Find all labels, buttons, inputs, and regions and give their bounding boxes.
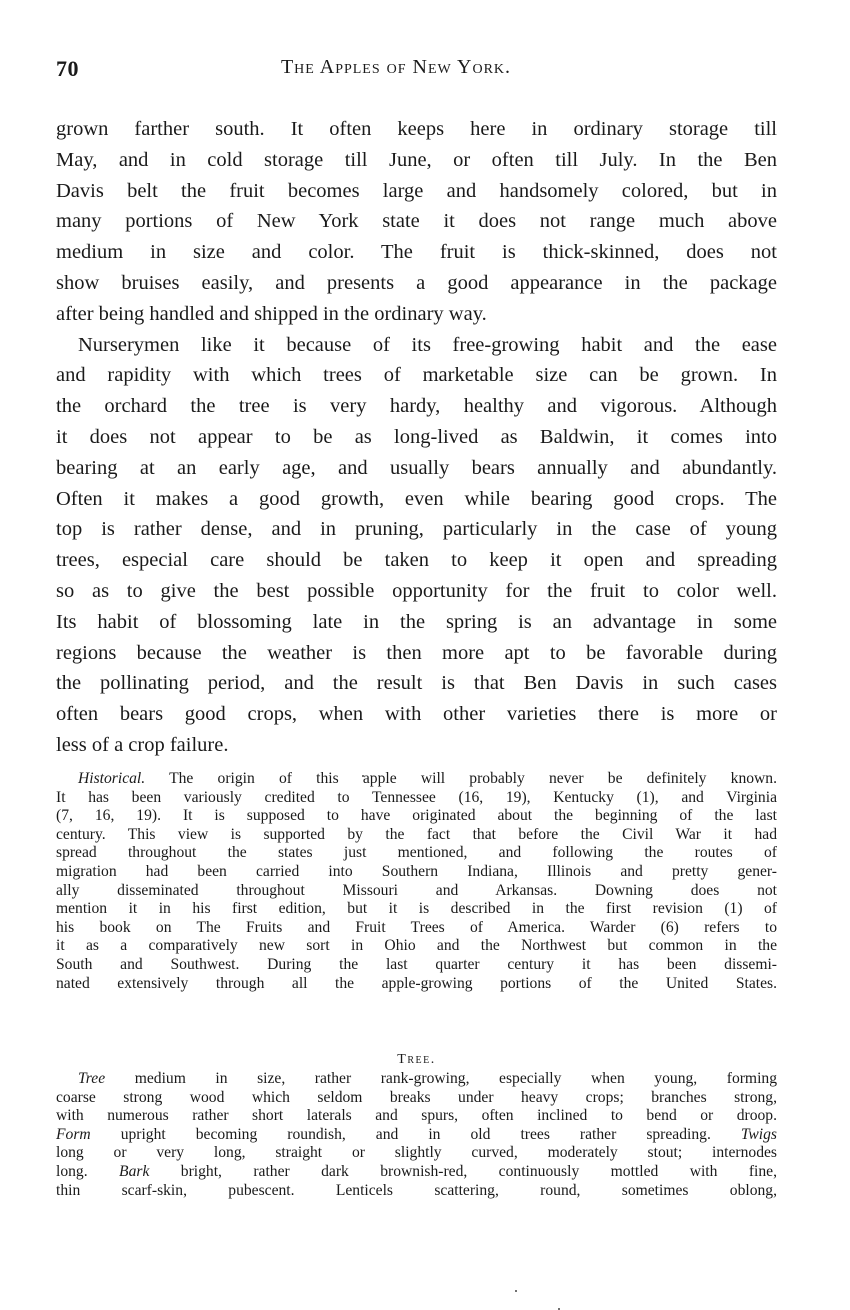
body-line: Davis belt the fruit becomes large and h… (56, 176, 777, 207)
tree-line-text: long. (56, 1163, 119, 1180)
body-line: after being handled and shipped in the o… (56, 299, 777, 330)
body-line: grown farther south. It often keeps here… (56, 114, 777, 145)
body-line: Its habit of blossoming late in the spri… (56, 607, 777, 638)
tree-line-text: bright, rather dark brownish-red, contin… (149, 1163, 777, 1180)
tree-line: long or very long, straight or slightly … (56, 1144, 777, 1163)
term-form: Form (56, 1126, 91, 1143)
historical-line: his book on The Fruits and Fruit Trees o… (56, 919, 777, 938)
body-line: less of a crop failure. (56, 730, 777, 761)
running-head: 70 The Apples of New York. (56, 56, 777, 86)
running-title: The Apples of New York. (56, 56, 736, 79)
historical-line: it as a comparatively new sort in Ohio a… (56, 937, 777, 956)
historical-first-line: Historical. The origin of this apple wil… (56, 770, 777, 789)
historical-line: mention it in his first edition, but it … (56, 900, 777, 919)
historical-line: ally disseminated throughout Missouri an… (56, 882, 777, 901)
term-bark: Bark (119, 1163, 149, 1180)
body-line: May, and in cold storage till June, or o… (56, 145, 777, 176)
body-line: and rapidity with which trees of marketa… (56, 360, 777, 391)
body-line: many portions of New York state it does … (56, 206, 777, 237)
historical-line: migration had been carried into Southern… (56, 863, 777, 882)
historical-line: nated extensively through all the apple-… (56, 975, 777, 994)
body-text: grown farther south. It often keeps here… (56, 114, 777, 761)
scan-speck (515, 1290, 517, 1292)
paragraph-start-line: Nurserymen like it because of its free-g… (56, 330, 777, 361)
body-line: medium in size and color. The fruit is t… (56, 237, 777, 268)
body-line: often bears good crops, when with other … (56, 699, 777, 730)
tree-line: long. Bark bright, rather dark brownish-… (56, 1163, 777, 1182)
historical-section: Historical. The origin of this apple wil… (56, 770, 777, 993)
tree-line-text: medium in size, rather rank-growing, esp… (105, 1070, 777, 1087)
tree-line: Form upright becoming roundish, and in o… (56, 1126, 777, 1145)
historical-line: century. This view is supported by the f… (56, 826, 777, 845)
tree-line: with numerous rather short laterals and … (56, 1107, 777, 1126)
section-heading-tree: Tree. (56, 1052, 777, 1068)
body-line: the orchard the tree is very hardy, heal… (56, 391, 777, 422)
historical-line: It has been variously credited to Tennes… (56, 789, 777, 808)
body-line: the pollinating period, and the result i… (56, 668, 777, 699)
body-line: bearing at an early age, and usually bea… (56, 453, 777, 484)
historical-line: (7, 16, 19). It is supposed to have orig… (56, 807, 777, 826)
historical-label: Historical. (78, 770, 145, 787)
historical-line: spread throughout the states just mentio… (56, 844, 777, 863)
historical-line: South and Southwest. During the last qua… (56, 956, 777, 975)
body-line: top is rather dense, and in pruning, par… (56, 514, 777, 545)
historical-first-line-text: The origin of this apple will probably n… (145, 770, 777, 787)
body-line: Often it makes a good growth, even while… (56, 484, 777, 515)
body-line: trees, especial care should be taken to … (56, 545, 777, 576)
scan-speck (362, 775, 364, 777)
tree-line: thin scarf-skin, pubescent. Lenticels sc… (56, 1182, 777, 1201)
tree-section: Tree medium in size, rather rank-growing… (56, 1070, 777, 1200)
body-line: it does not appear to be as long-lived a… (56, 422, 777, 453)
term-twigs: Twigs (741, 1126, 777, 1143)
term-tree: Tree (78, 1070, 105, 1087)
body-line: regions because the weather is then more… (56, 638, 777, 669)
tree-line: coarse strong wood which seldom breaks u… (56, 1089, 777, 1108)
tree-line-text: upright becoming roundish, and in old tr… (91, 1126, 741, 1143)
body-line: so as to give the best possible opportun… (56, 576, 777, 607)
body-line: show bruises easily, and presents a good… (56, 268, 777, 299)
tree-line: Tree medium in size, rather rank-growing… (56, 1070, 777, 1089)
